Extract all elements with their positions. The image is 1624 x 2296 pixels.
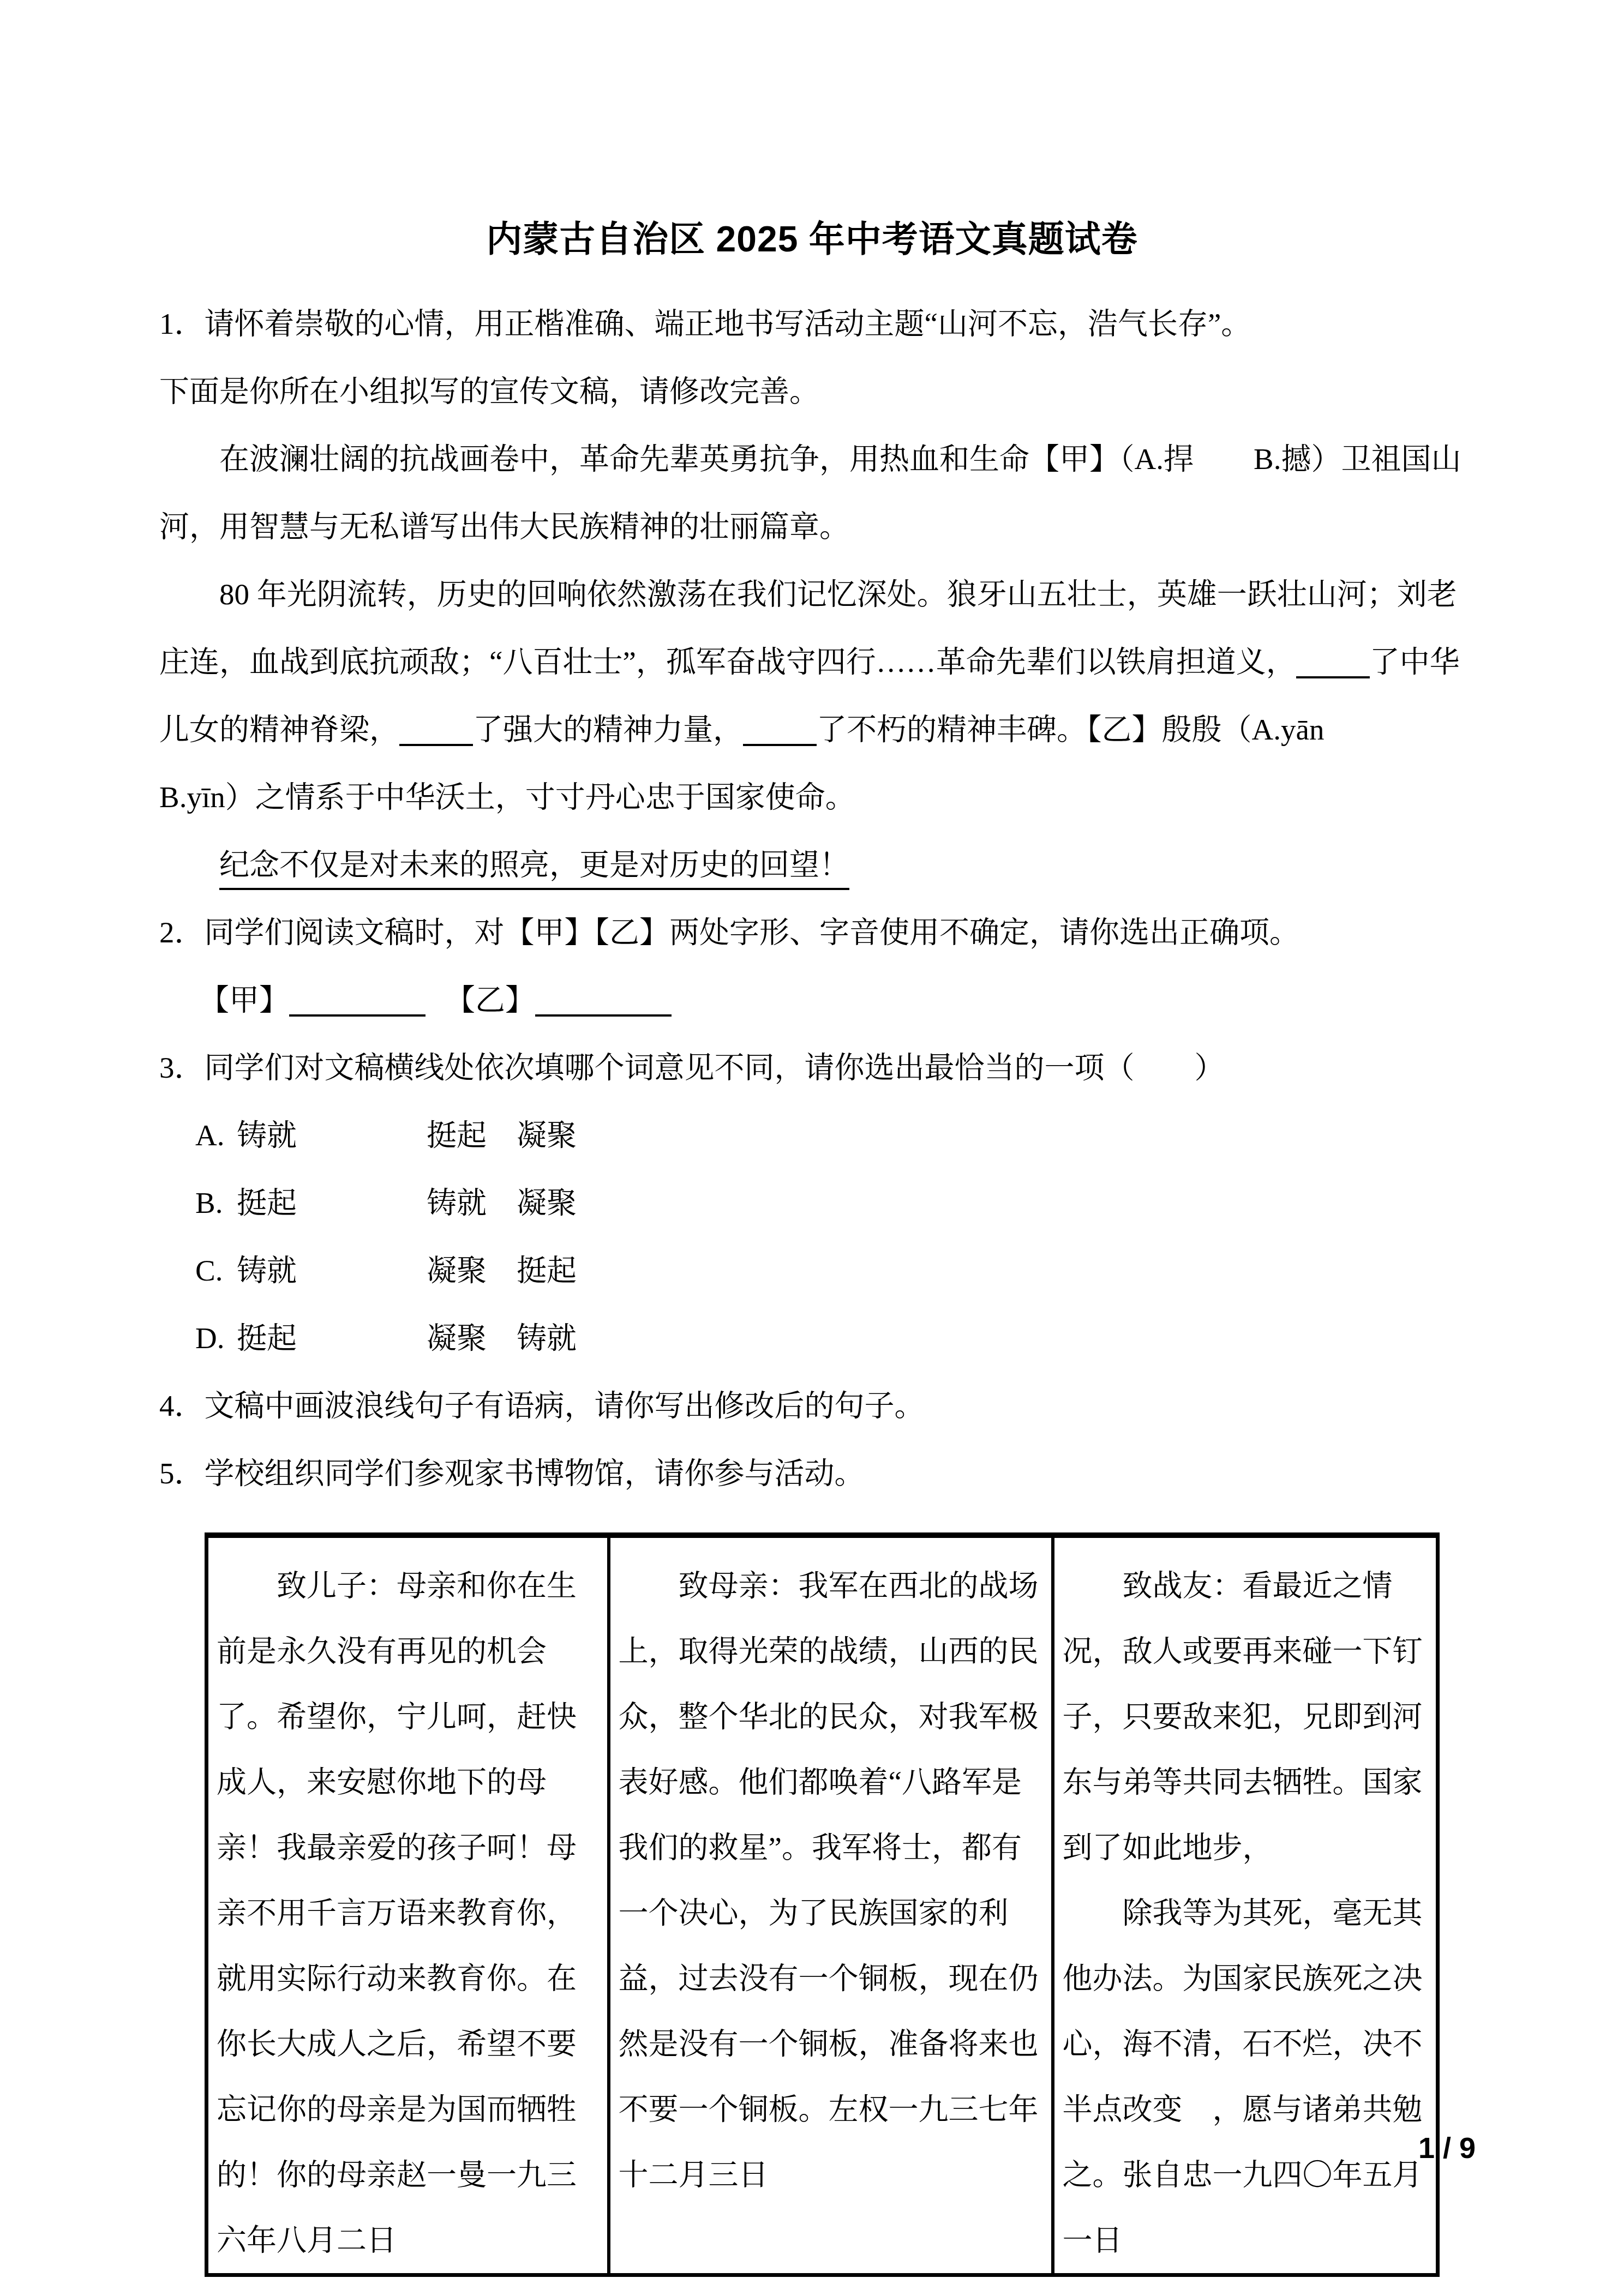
- option-word-1: 铸就: [237, 1102, 427, 1169]
- question-1-line1: 1．请怀着崇敬的心情，用正楷准确、端正地书写活动主题“山河不忘，浩气长存”。: [159, 290, 1465, 358]
- yi-label: 【乙】: [445, 983, 535, 1017]
- family-letters-table: 致儿子：母亲和你在生前是永久没有再见的机会了。希望你，宁儿呵，赶快成人，来安慰你…: [205, 1532, 1440, 2277]
- fill-in-blank-1: [1296, 660, 1370, 678]
- question-1-line2: 下面是你所在小组拟写的宣传文稿，请修改完善。: [159, 358, 1465, 425]
- option-word-1: 挺起: [237, 1305, 427, 1372]
- option-word-1: 挺起: [237, 1169, 427, 1237]
- question-3: 3．同学们对文稿横线处依次填哪个词意见不同，请你选出最恰当的一项（ ）: [159, 1034, 1465, 1102]
- option-words-2: 铸就 凝聚: [427, 1186, 577, 1219]
- question-3-option-d: D.挺起凝聚 铸就: [159, 1305, 1465, 1372]
- wavy-underlined-sentence: 纪念不仅是对未来的照亮，更是对历史的回望！: [219, 848, 849, 890]
- page-number: 1 / 9: [1418, 2131, 1476, 2165]
- letter-to-son-paragraph: 致儿子：母亲和你在生前是永久没有再见的机会了。希望你，宁儿呵，赶快成人，来安慰你…: [217, 1553, 599, 2273]
- fill-in-blank-2: [399, 728, 473, 746]
- option-letter: A.: [195, 1102, 237, 1169]
- essay-paragraph-2: 80 年光阴流转，历史的回响依然激荡在我们记忆深处。狼牙山五壮士，英雄一跃壮山河…: [159, 561, 1465, 831]
- question-3-option-a: A.铸就挺起 凝聚: [159, 1102, 1465, 1169]
- page-title: 内蒙古自治区 2025 年中考语文真题试卷: [159, 210, 1465, 262]
- question-2-answer-line: 【甲】【乙】: [159, 966, 1465, 1034]
- option-words-2: 凝聚 挺起: [427, 1254, 577, 1287]
- question-4: 4．文稿中画波浪线句子有语病，请你写出修改后的句子。: [159, 1372, 1465, 1440]
- essay-paragraph-1: 在波澜壮阔的抗战画卷中，革命先辈英勇抗争，用热血和生命【甲】（A.捍 B.撼）卫…: [159, 425, 1465, 561]
- letter-to-mother-paragraph: 致母亲：我军在西北的战场上，取得光荣的战绩，山西的民众，整个华北的民众，对我军极…: [619, 1553, 1043, 2208]
- jia-label: 【甲】: [199, 983, 289, 1017]
- letter-cell-to-comrade: 致战友：看最近之情况，敌人或要再来碰一下钉子，只要敌来犯，兄即到河东与弟等共同去…: [1053, 1535, 1438, 2275]
- letter-to-comrade-paragraph-2: 除我等为其死，毫无其他办法。为国家民族死之决心，海不清，石不烂，决不半点改变 ，…: [1063, 1880, 1428, 2273]
- letter-to-comrade-paragraph-1: 致战友：看最近之情况，敌人或要再来碰一下钉子，只要敌来犯，兄即到河东与弟等共同去…: [1063, 1553, 1428, 1880]
- question-3-option-c: C.铸就凝聚 挺起: [159, 1237, 1465, 1305]
- question-2: 2．同学们阅读文稿时，对【甲】【乙】两处字形、字音使用不确定，请你选出正确项。: [159, 899, 1465, 966]
- question-3-option-b: B.挺起铸就 凝聚: [159, 1169, 1465, 1237]
- yi-answer-blank: [535, 998, 672, 1017]
- essay-paragraph-2-segment-1: 80 年光阴流转，历史的回响依然激荡在我们记忆深处。狼牙山五壮士，英雄一跃壮山河…: [159, 578, 1457, 678]
- option-word-1: 铸就: [237, 1237, 427, 1305]
- jia-answer-blank: [289, 998, 426, 1017]
- option-letter: B.: [195, 1169, 237, 1237]
- table-row: 致儿子：母亲和你在生前是永久没有再见的机会了。希望你，宁儿呵，赶快成人，来安慰你…: [207, 1535, 1438, 2275]
- letter-cell-to-son: 致儿子：母亲和你在生前是永久没有再见的机会了。希望你，宁儿呵，赶快成人，来安慰你…: [207, 1535, 609, 2275]
- exam-page: 内蒙古自治区 2025 年中考语文真题试卷 1．请怀着崇敬的心情，用正楷准确、端…: [0, 0, 1624, 2296]
- option-letter: C.: [195, 1237, 237, 1305]
- fill-in-blank-3: [743, 728, 817, 746]
- question-5: 5．学校组织同学们参观家书博物馆，请你参与活动。: [159, 1440, 1465, 1507]
- essay-paragraph-3: 纪念不仅是对未来的照亮，更是对历史的回望！: [159, 831, 1465, 899]
- option-letter: D.: [195, 1305, 237, 1372]
- essay-paragraph-2-segment-3: 了强大的精神力量，: [473, 713, 743, 746]
- option-words-2: 凝聚 铸就: [427, 1321, 577, 1355]
- option-words-2: 挺起 凝聚: [427, 1119, 577, 1152]
- letter-cell-to-mother: 致母亲：我军在西北的战场上，取得光荣的战绩，山西的民众，整个华北的民众，对我军极…: [609, 1535, 1053, 2275]
